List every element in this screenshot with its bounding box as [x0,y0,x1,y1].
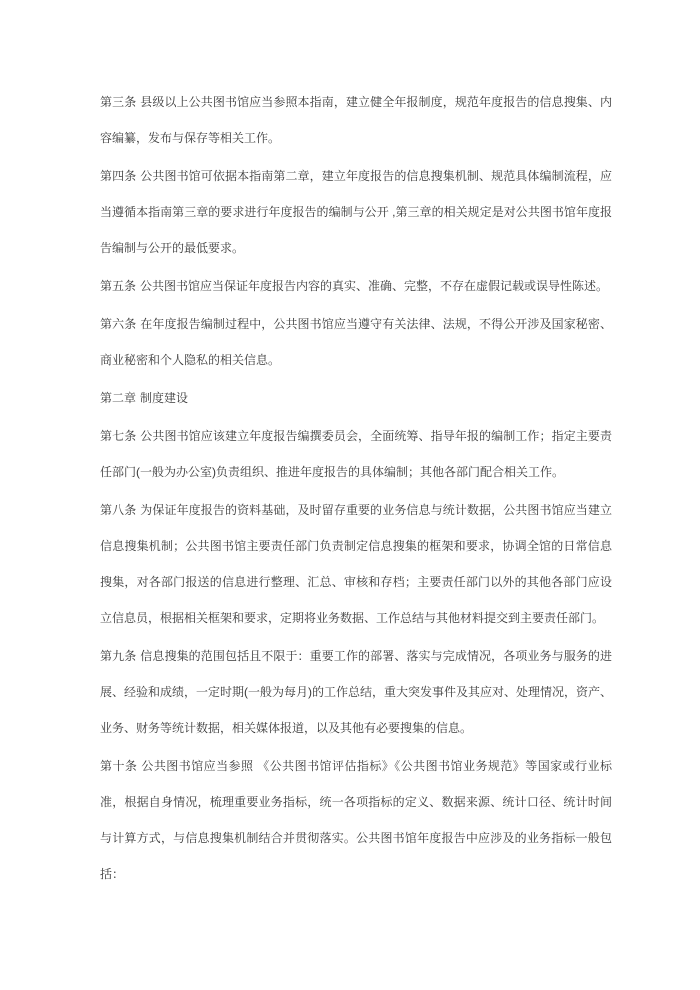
article-paragraph-10: 第十条公共图书馆应当参照 《公共图书馆评估指标》《公共图书馆业务规范》等国家或行… [100,748,612,892]
chapter-number: 第二章 [100,391,136,405]
article-text: 公共图书馆可依据本指南第二章，建立年度报告的信息搜集机制、规范具体编制流程，应当… [100,169,612,255]
article-text: 公共图书馆应当保证年度报告内容的真实、准确、完整，不存在虚假记载或误导性陈述。 [140,279,608,293]
article-text: 县级以上公共图书馆应当参照本指南，建立健全年报制度，规范年度报告的信息搜集、内容… [100,95,612,145]
article-text: 信息搜集的范围包括且不限于：重要工作的部署、落实与完成情况，各项业务与服务的进展… [100,649,612,735]
article-paragraph-3: 第三条县级以上公共图书馆应当参照本指南，建立健全年报制度，规范年度报告的信息搜集… [100,84,612,156]
article-number: 第七条 [100,429,136,443]
article-number: 第四条 [100,169,136,183]
article-paragraph-4: 第四条公共图书馆可依据本指南第二章，建立年度报告的信息搜集机制、规范具体编制流程… [100,158,612,266]
article-paragraph-7: 第七条公共图书馆应该建立年度报告编撰委员会，全面统筹、指导年报的编制工作；指定主… [100,418,612,490]
article-text: 在年度报告编制过程中，公共图书馆应当遵守有关法律、法规，不得公开涉及国家秘密、商… [100,317,612,367]
article-paragraph-5: 第五条公共图书馆应当保证年度报告内容的真实、准确、完整，不存在虚假记载或误导性陈… [100,268,612,304]
article-number: 第八条 [100,503,136,517]
article-number: 第六条 [100,317,136,331]
article-paragraph-8: 第八条为保证年度报告的资料基础，及时留存重要的业务信息与统计数据，公共图书馆应当… [100,492,612,636]
document-page: 第三条县级以上公共图书馆应当参照本指南，建立健全年报制度，规范年度报告的信息搜集… [0,0,700,990]
article-number: 第五条 [100,279,136,293]
article-number: 第九条 [100,649,136,663]
article-text: 公共图书馆应当参照 《公共图书馆评估指标》《公共图书馆业务规范》等国家或行业标准… [100,759,612,881]
article-paragraph-6: 第六条在年度报告编制过程中，公共图书馆应当遵守有关法律、法规，不得公开涉及国家秘… [100,306,612,378]
chapter-heading: 第二章制度建设 [100,380,612,416]
chapter-title: 制度建设 [140,391,188,405]
article-number: 第三条 [100,95,136,109]
article-text: 为保证年度报告的资料基础，及时留存重要的业务信息与统计数据，公共图书馆应当建立信… [100,503,612,625]
article-text: 公共图书馆应该建立年度报告编撰委员会，全面统筹、指导年报的编制工作；指定主要责任… [100,429,612,479]
article-number: 第十条 [100,759,137,773]
article-paragraph-9: 第九条信息搜集的范围包括且不限于：重要工作的部署、落实与完成情况，各项业务与服务… [100,638,612,746]
